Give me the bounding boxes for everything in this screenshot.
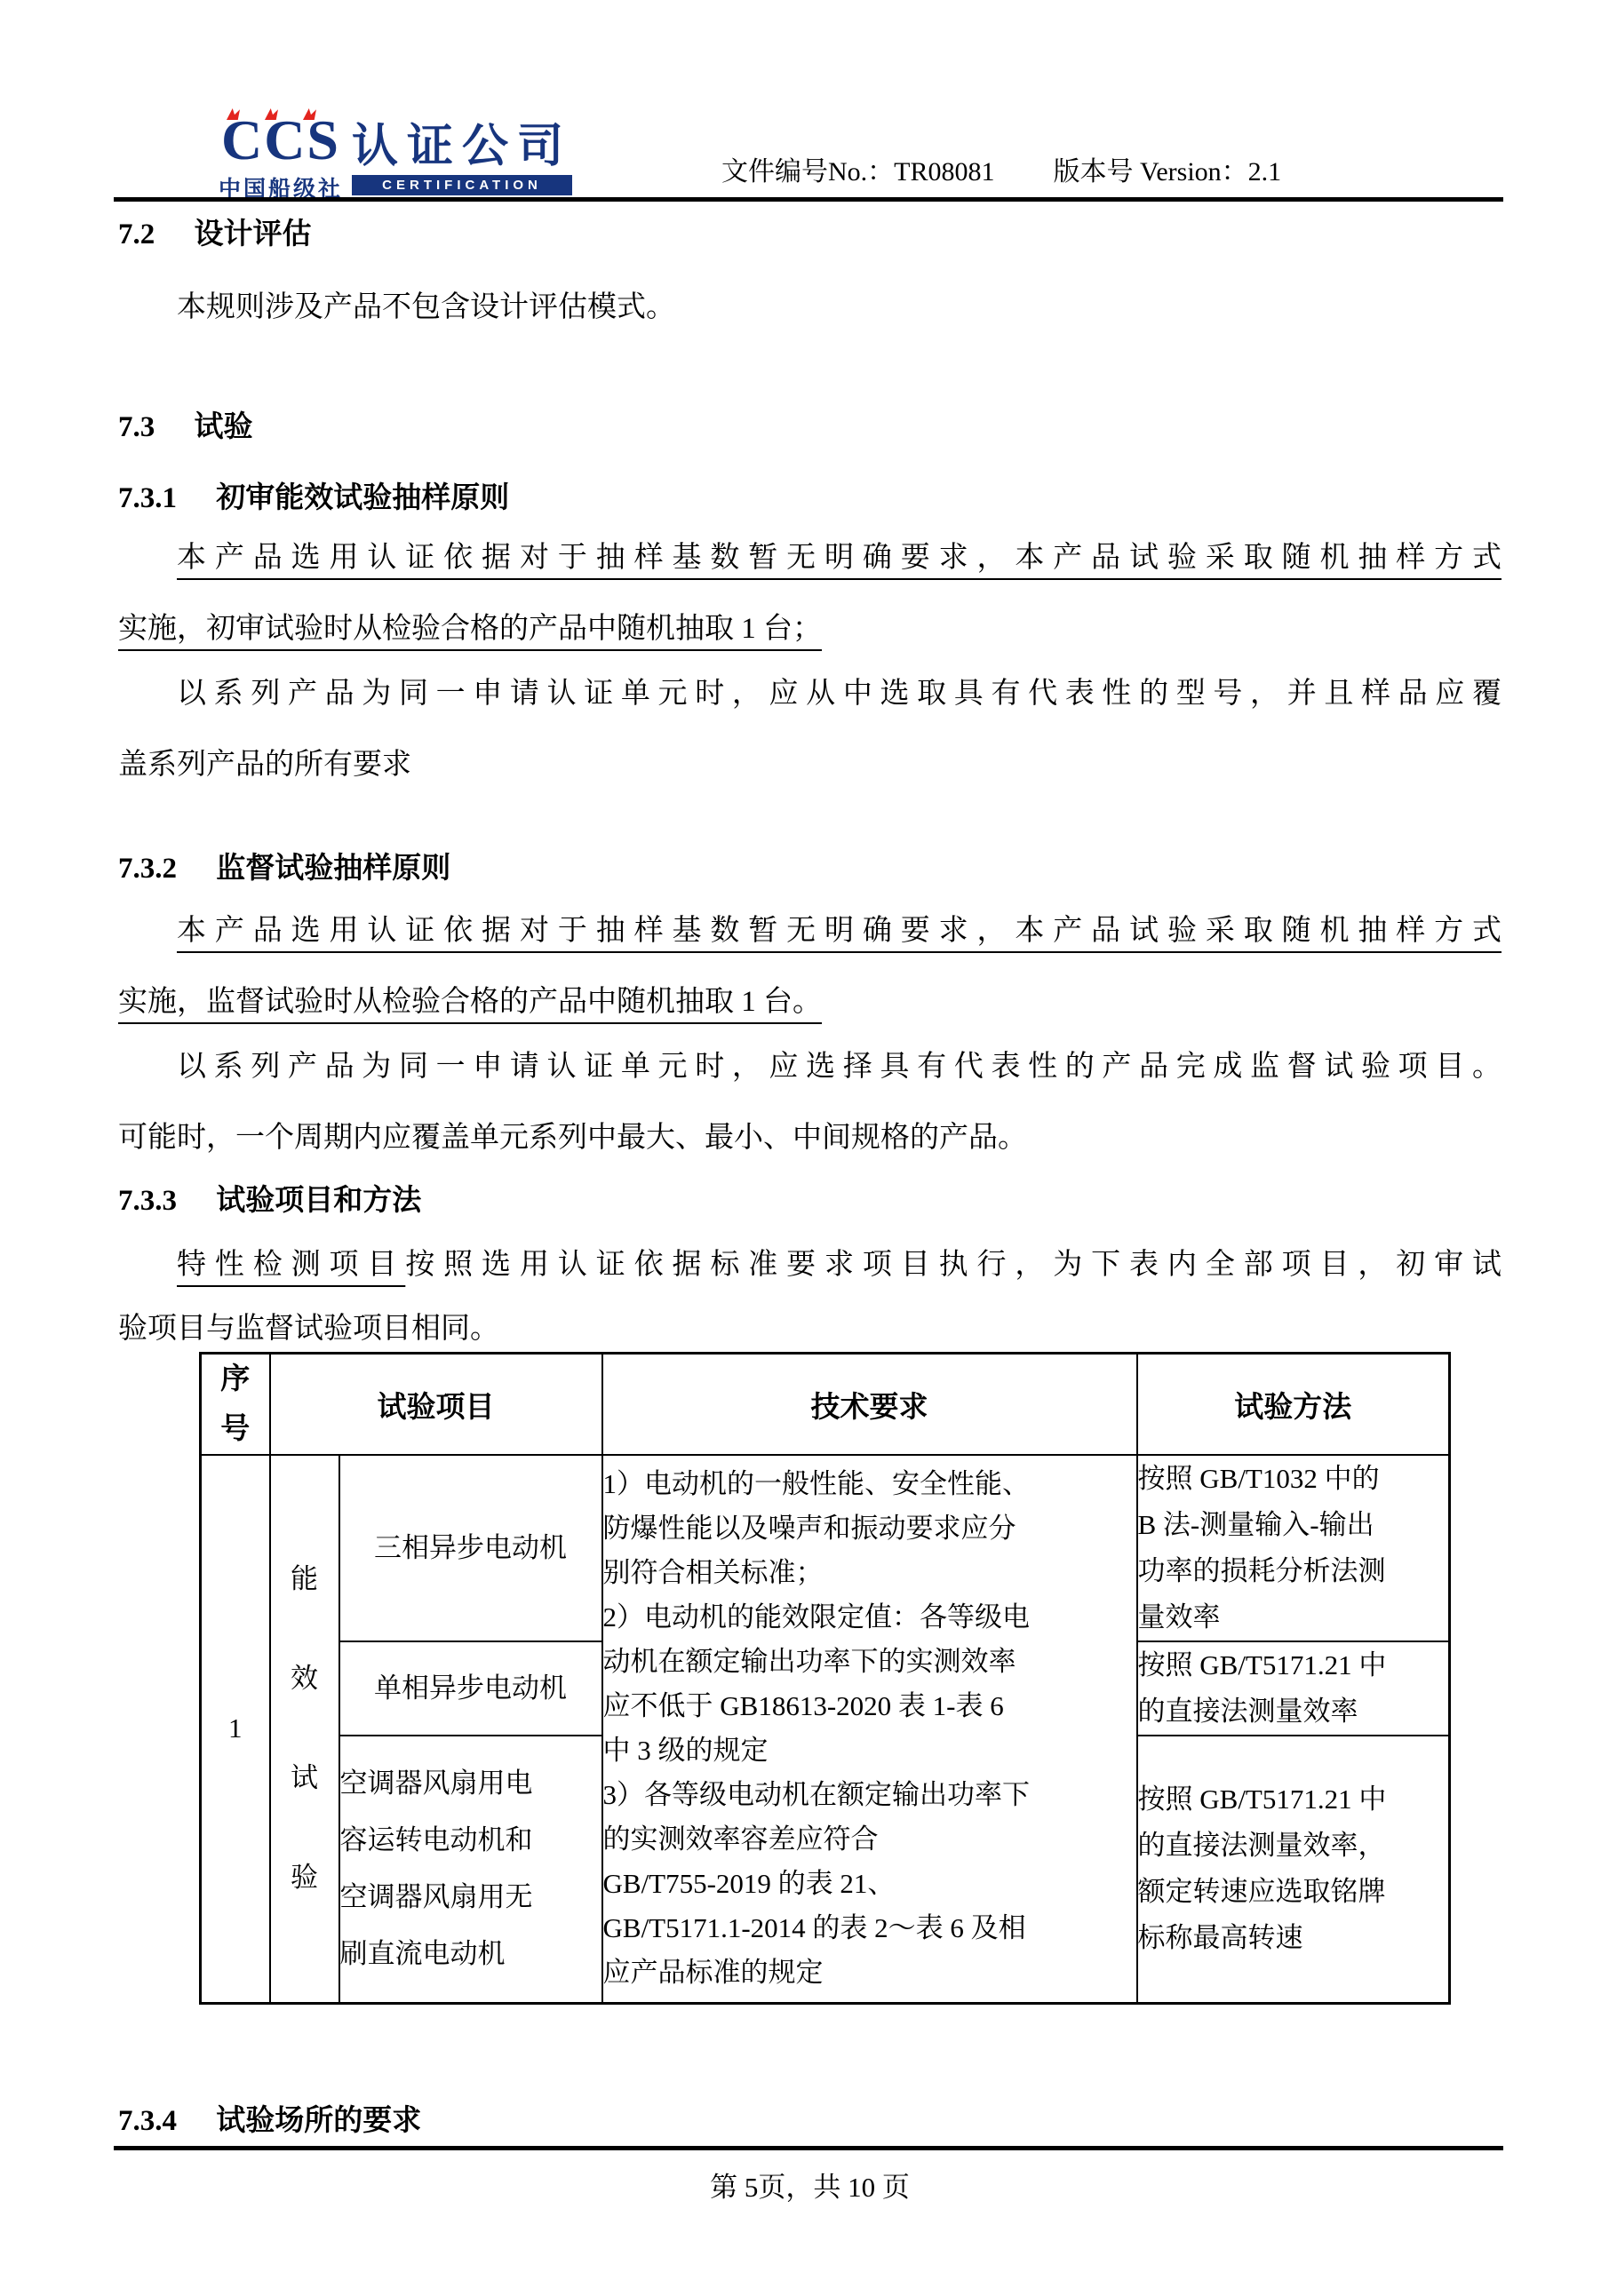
para-7-3-2-series: 以系列产品为同一申请认证单元时，应选择具有代表性的产品完成监督试验项目。 可能时… [118, 1031, 1501, 1173]
heading-title: 初审能效试验抽样原则 [216, 482, 509, 514]
doc-number-label: 文件编号No.： [721, 157, 894, 187]
version-label: 版本号 Version： [1054, 157, 1248, 187]
test-items-table: 序 号 试验项目 技术要求 试验方法 1 能 效 试 验 三相异步电动机 1）电… [199, 1352, 1451, 2005]
footer-rule [114, 2146, 1503, 2150]
cell-method-1: 按照 GB/T1032 中的 B 法-测量输入-输出 功率的损耗分析法测 量效率 [1137, 1455, 1450, 1641]
heading-title: 试验场所的要求 [216, 2105, 421, 2137]
heading-7-3: 7.3 试验 [118, 409, 253, 446]
heading-number: 7.2 [118, 218, 155, 250]
table-header-row: 序 号 试验项目 技术要求 试验方法 [201, 1354, 1450, 1456]
cell-item-aircon-fan: 空调器风扇用电 容运转电动机和 空调器风扇用无 刷直流电动机 [339, 1736, 602, 2003]
para-7-3-2-sampling-rule: 本产品选用认证依据对于抽样基数暂无明确要求，本产品试验采取随机抽样方式 实施，监… [118, 895, 1501, 1037]
ccs-logo: CCS 中国船级社 认证公司 CERTIFICATION [219, 112, 572, 203]
para-7-2-body: 本规则涉及产品不包含设计评估模式。 [118, 272, 1501, 343]
ccs-logo-right: 认证公司 CERTIFICATION [352, 124, 572, 195]
document-page: CCS 中国船级社 认证公司 CERTIFICATION 文件编号No.：TR0… [0, 0, 1617, 2296]
heading-title: 试验 [195, 411, 253, 443]
ccs-logo-text: CCS [221, 108, 340, 171]
text-line-underlined: 本产品选用认证依据对于抽样基数暂无明确要求，本产品试验采取随机抽样方式 [118, 895, 1501, 966]
heading-7-3-3: 7.3.3 试验项目和方法 [118, 1183, 421, 1220]
header-cell-tech: 技术要求 [602, 1354, 1137, 1456]
text-line: 以系列产品为同一申请认证单元时，应选择具有代表性的产品完成监督试验项目。 [118, 1031, 1501, 1102]
heading-number: 7.3.2 [118, 853, 177, 885]
text-line: 可能时，一个周期内应覆盖单元系列中最大、最小、中间规格的产品。 [118, 1102, 1501, 1173]
heading-title: 监督试验抽样原则 [216, 853, 450, 885]
para-7-3-1-series: 以系列产品为同一申请认证单元时，应从中选取具有代表性的型号，并且样品应覆 盖系列… [118, 658, 1501, 800]
heading-title: 设计评估 [195, 218, 312, 250]
heading-title: 试验项目和方法 [216, 1185, 421, 1217]
heading-number: 7.3 [118, 411, 155, 443]
cell-item-single-phase: 单相异步电动机 [339, 1641, 602, 1736]
para-7-3-3-intro: 特性检测项目按照选用认证依据标准要求项目执行，为下表内全部项目，初审试 验项目与… [118, 1233, 1501, 1361]
text-rest: 按照选用认证依据标准要求项目执行，为下表内全部项目，初审试 [405, 1249, 1501, 1281]
text-line: 以系列产品为同一申请认证单元时，应从中选取具有代表性的型号，并且样品应覆 [118, 658, 1501, 729]
cell-item-three-phase: 三相异步电动机 [339, 1455, 602, 1641]
version-value: 2.1 [1248, 157, 1282, 187]
logo-certification-bar: CERTIFICATION [352, 175, 572, 195]
cell-category: 能 效 试 验 [270, 1455, 339, 2003]
cell-index: 1 [201, 1455, 270, 2003]
cell-tech-requirements: 1）电动机的一般性能、安全性能、 防爆性能以及噪声和振动要求应分 别符合相关标准… [602, 1455, 1137, 2003]
text-line-underlined: 本产品选用认证依据对于抽样基数暂无明确要求，本产品试验采取随机抽样方式 [118, 522, 1501, 593]
header-rule [114, 197, 1503, 202]
heading-7-3-1: 7.3.1 初审能效试验抽样原则 [118, 481, 509, 517]
doc-number-value: TR08081 [894, 157, 994, 187]
para-7-3-1-sampling-rule: 本产品选用认证依据对于抽样基数暂无明确要求，本产品试验采取随机抽样方式 实施，初… [118, 522, 1501, 664]
ccs-logo-left: CCS 中国船级社 [219, 112, 343, 203]
underlined-term: 特性检测项目 [177, 1249, 405, 1281]
document-header-info: 文件编号No.：TR08081版本号 Version：2.1 [721, 149, 1281, 188]
text-line-underlined: 实施，监督试验时从检验合格的产品中随机抽取 1 台。 [118, 966, 1501, 1037]
text-line: 盖系列产品的所有要求 [118, 729, 1501, 800]
header-cell-method: 试验方法 [1137, 1354, 1450, 1456]
table-row: 1 能 效 试 验 三相异步电动机 1）电动机的一般性能、安全性能、 防爆性能以… [201, 1455, 1450, 1641]
heading-7-3-4: 7.3.4 试验场所的要求 [118, 2103, 421, 2140]
text-line: 特性检测项目按照选用认证依据标准要求项目执行，为下表内全部项目，初审试 [118, 1233, 1501, 1297]
cell-method-2: 按照 GB/T5171.21 中 的直接法测量效率 [1137, 1641, 1450, 1736]
text-line: 本规则涉及产品不包含设计评估模式。 [118, 272, 1501, 343]
cell-method-3: 按照 GB/T5171.21 中 的直接法测量效率， 额定转速应选取铭牌 标称最… [1137, 1736, 1450, 2003]
logo-company-name: 认证公司 [352, 124, 572, 171]
text-line-underlined: 实施，初审试验时从检验合格的产品中随机抽取 1 台； [118, 593, 1501, 664]
header-cell-index: 序 号 [201, 1354, 270, 1456]
heading-number: 7.3.3 [118, 1185, 177, 1217]
heading-number: 7.3.1 [118, 482, 177, 514]
ccs-logo-mark: CCS [221, 112, 340, 169]
heading-number: 7.3.4 [118, 2105, 177, 2137]
heading-7-3-2: 7.3.2 监督试验抽样原则 [118, 851, 450, 887]
header-cell-item: 试验项目 [270, 1354, 602, 1456]
heading-7-2: 7.2 设计评估 [118, 217, 312, 253]
page-number: 第 5页，共 10 页 [118, 2165, 1501, 2210]
